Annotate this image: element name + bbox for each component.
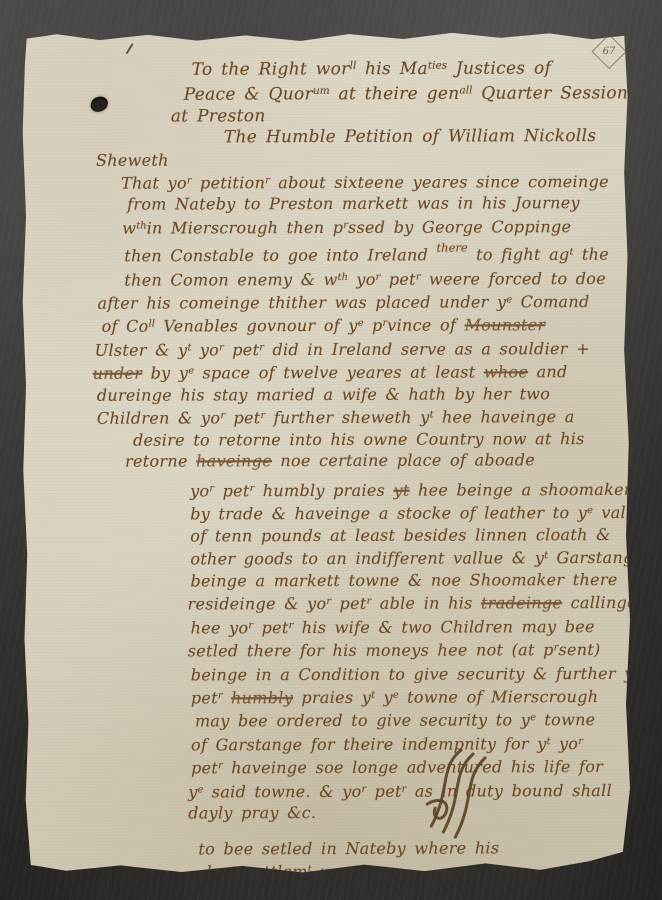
manuscript-word: did in Ireland serve as a souldier + — [264, 339, 590, 359]
manuscript-word: Garstange — [548, 548, 643, 567]
manuscript-word: To the Right wor — [192, 59, 350, 80]
manuscript-word: pet — [214, 481, 250, 500]
manuscript-word: of Co — [102, 317, 149, 336]
manuscript-word: um — [313, 85, 330, 97]
manuscript-line: under by ye space of twelve yeares at le… — [93, 359, 616, 384]
manuscript-word: Sheweth — [96, 150, 169, 169]
manuscript-word: dayly pray &c. — [188, 803, 316, 822]
manuscript-word: other goods to an indifferent vallue & y — [190, 548, 544, 568]
manuscript-word: retorne — [125, 452, 196, 471]
manuscript-word: Peace & Quor — [184, 84, 313, 104]
manuscript-word: pet — [191, 759, 218, 778]
manuscript-word: th — [338, 271, 348, 282]
manuscript-line: after his comeinge thither was placed un… — [97, 289, 615, 314]
manuscript-line: from Nateby to Preston markett was in hi… — [127, 192, 615, 215]
manuscript-word: th — [136, 221, 146, 232]
manuscript-word: there — [437, 241, 468, 255]
manuscript-word: hee haveinge a — [434, 407, 575, 426]
manuscript-word: yo — [190, 481, 209, 500]
manuscript-word: Ulster & y — [95, 340, 188, 359]
manuscript-word: pet — [366, 781, 402, 800]
manuscript-word: from Nateby to Preston markett was in hi… — [127, 194, 580, 215]
manuscript-word: by trade & haveinge a stocke of leather … — [190, 503, 587, 523]
struck-word: tradeinge — [481, 593, 562, 612]
manuscript-word: towne of Mierscrough — [399, 687, 599, 707]
manuscript-word: beinge in a Condition to give security &… — [191, 663, 644, 684]
manuscript-line: may bee ordered to give security to ye t… — [195, 707, 617, 732]
manuscript-word: may bee ordered to give security to y — [195, 711, 530, 731]
manuscript-line: last settlemt was — [206, 858, 617, 883]
manuscript-word: and — [528, 362, 567, 381]
manuscript-line: petr humbly praies yt ye towne of Miersc… — [191, 684, 617, 709]
manuscript-line: to bee setled in Nateby where his — [198, 837, 617, 860]
manuscript-line: That yor petitionr about sixteene yeares… — [121, 169, 615, 194]
manuscript-word: praies y — [293, 688, 371, 707]
photo-backdrop: { "document": { "kind": "handwritten pet… — [0, 0, 662, 900]
pen-flourish-icon — [421, 741, 499, 841]
struck-word: under — [93, 364, 143, 383]
manuscript-word: y — [188, 782, 197, 801]
manuscript-word: Children & yo — [97, 409, 221, 428]
manuscript-word: his Ma — [356, 59, 428, 79]
manuscript-line: yor petr humbly praies yt hee beinge a s… — [190, 477, 616, 502]
manuscript-line: retorne haveinge noe certaine place of a… — [125, 449, 616, 472]
manuscript-word: after his comeinge thither was placed un… — [97, 292, 506, 312]
manuscript-word: his wife & two Children may bee — [293, 617, 594, 637]
manuscript-line: hee yor petr his wife & two Children may… — [191, 614, 617, 639]
manuscript-line: beinge a markett towne & noe Shoomaker t… — [190, 569, 616, 592]
manuscript-line: of Coll Venables govnour of ye prvince o… — [102, 312, 616, 337]
struck-word: whoe — [484, 363, 528, 382]
manuscript-word: y — [375, 688, 393, 707]
manuscript-word: humbly praies — [254, 480, 393, 499]
struck-word: haveinge — [196, 451, 272, 470]
manuscript-line: then Comon enemy & wth yor petr weere fo… — [124, 266, 615, 291]
manuscript-word: then Comon enemy & w — [124, 269, 337, 289]
manuscript-word: Justices of — [447, 58, 551, 78]
manuscript-line: Children & yor petr further sheweth yt h… — [97, 404, 616, 429]
struck-word: yt — [393, 480, 409, 499]
manuscript-line: by trade & haveinge a stocke of leather … — [190, 500, 616, 525]
manuscript-word: space of twelve yeares at least — [194, 363, 484, 383]
manuscript-word: Quarter Sessions — [473, 83, 638, 104]
manuscript-word: by y — [142, 364, 188, 383]
manuscript-word: was — [312, 862, 353, 881]
manuscript-line: setled there for his moneys hee not (at … — [188, 637, 617, 662]
manuscript-word: pet — [253, 618, 289, 637]
manuscript-word: said towne. & yo — [203, 782, 361, 802]
manuscript-line: dureinge his stay maried a wife & hath b… — [97, 383, 616, 406]
manuscript-word: desire to retorne into his owne Country … — [133, 429, 585, 450]
manuscript-word: pet — [225, 409, 261, 428]
manuscript-word: in Mierscrough then p — [147, 218, 344, 238]
manuscript-word: callinge — [562, 593, 637, 612]
manuscript-word: haveinge soe longe adventured his life f… — [223, 757, 603, 777]
manuscript-word: setled there for his moneys hee not (at … — [188, 640, 554, 660]
manuscript-word: Venables govnour of y — [155, 316, 358, 336]
manuscript-word: vince of — [387, 316, 464, 335]
manuscript-word: r — [578, 736, 583, 747]
manuscript-line: other goods to an indifferent vallue & y… — [190, 545, 616, 570]
manuscript-line: ye said towne. & yor petr as in duty bou… — [188, 778, 617, 803]
manuscript-word: w — [122, 219, 136, 238]
manuscript-word: hee beinge a shoomaker — [410, 480, 632, 500]
struck-word: Mounster — [465, 316, 546, 335]
manuscript-word: pet — [331, 594, 367, 613]
manuscript-word: pet — [380, 269, 416, 288]
manuscript-word: ties — [428, 60, 447, 72]
manuscript-line: of Garstange for theire indempnity for y… — [191, 731, 617, 756]
manuscript-word: hee yo — [191, 618, 249, 637]
manuscript-word: of tenn pounds at least besides linnen c… — [190, 525, 610, 545]
manuscript-line: desire to retorne into his owne Country … — [133, 428, 616, 451]
manuscript-word: about sixteene yeares since comeinge — [270, 172, 609, 192]
manuscript-line: The Humble Petition of William Nickolls — [224, 126, 615, 149]
manuscript-line: wthin Mierscrough then prssed by George … — [122, 214, 615, 239]
manuscript-word: towne — [536, 710, 595, 729]
manuscript-word: weere forced to doe — [421, 269, 606, 289]
manuscript-word: ssed by George Coppinge — [348, 217, 571, 237]
manuscript-word: yo — [348, 269, 376, 288]
manuscript-line: petr haveinge soe longe adventured his l… — [191, 754, 617, 779]
manuscript-word: value — [593, 503, 646, 522]
manuscript-word: all — [459, 84, 472, 96]
manuscript-line: resideinge & yor petr able in his tradei… — [187, 590, 616, 615]
manuscript-word: the — [573, 245, 609, 264]
manuscript-line: Ulster & yt yor petr did in Ireland serv… — [95, 336, 616, 361]
manuscript-word: That yo — [121, 173, 187, 192]
manuscript-line: of tenn pounds at least besides linnen c… — [190, 524, 616, 547]
manuscript-word: dureinge his stay maried a wife & hath b… — [97, 384, 550, 405]
manuscript-word: at theire gen — [330, 84, 460, 104]
manuscript-word — [223, 688, 231, 707]
manuscript-line: Sheweth — [96, 148, 615, 171]
manuscript-word: further sheweth y — [265, 408, 429, 428]
manuscript-line: then Constable to goe into Ireland there… — [124, 237, 615, 267]
manuscript-line: To the Right worll his Maties Justices o… — [192, 55, 615, 81]
manuscript-word: to fight ag — [468, 245, 570, 264]
manuscript-line: at Preston — [171, 105, 615, 128]
manuscript-word: then Constable to goe into Ireland — [124, 246, 436, 266]
manuscript-line: Peace & Quorum at theire genall Quarter … — [184, 80, 615, 106]
manuscript-word: sent) — [558, 640, 600, 659]
manuscript-word: last settlem — [206, 862, 307, 881]
manuscript-word: p — [364, 316, 383, 335]
manuscript-word: yo — [551, 734, 579, 753]
manuscript-word: Comand — [512, 292, 589, 311]
manuscript-word: The Humble Petition of William Nickolls — [224, 126, 597, 147]
manuscript-page: 67 To the Right worll his Maties Justice… — [21, 29, 632, 875]
manuscript-line: dayly pray &c. — [188, 801, 617, 824]
manuscript-word: petition — [192, 173, 266, 192]
manuscript-word: yo — [191, 340, 219, 359]
manuscript-word: pet — [191, 688, 218, 707]
manuscript-word: at Preston — [171, 106, 266, 126]
manuscript-word: able in his — [371, 594, 481, 613]
manuscript-word: pet — [224, 340, 260, 359]
manuscript-word: resideinge & yo — [187, 594, 326, 613]
manuscript-word: noe certaine place of aboade — [272, 451, 535, 471]
manuscript-word: r — [643, 665, 648, 676]
struck-word: humbly — [231, 688, 293, 707]
petition-text: To the Right worll his Maties Justices o… — [21, 29, 632, 875]
manuscript-line: beinge in a Condition to give security &… — [191, 660, 617, 685]
manuscript-word: beinge a markett towne & noe Shoomaker t… — [190, 570, 617, 590]
